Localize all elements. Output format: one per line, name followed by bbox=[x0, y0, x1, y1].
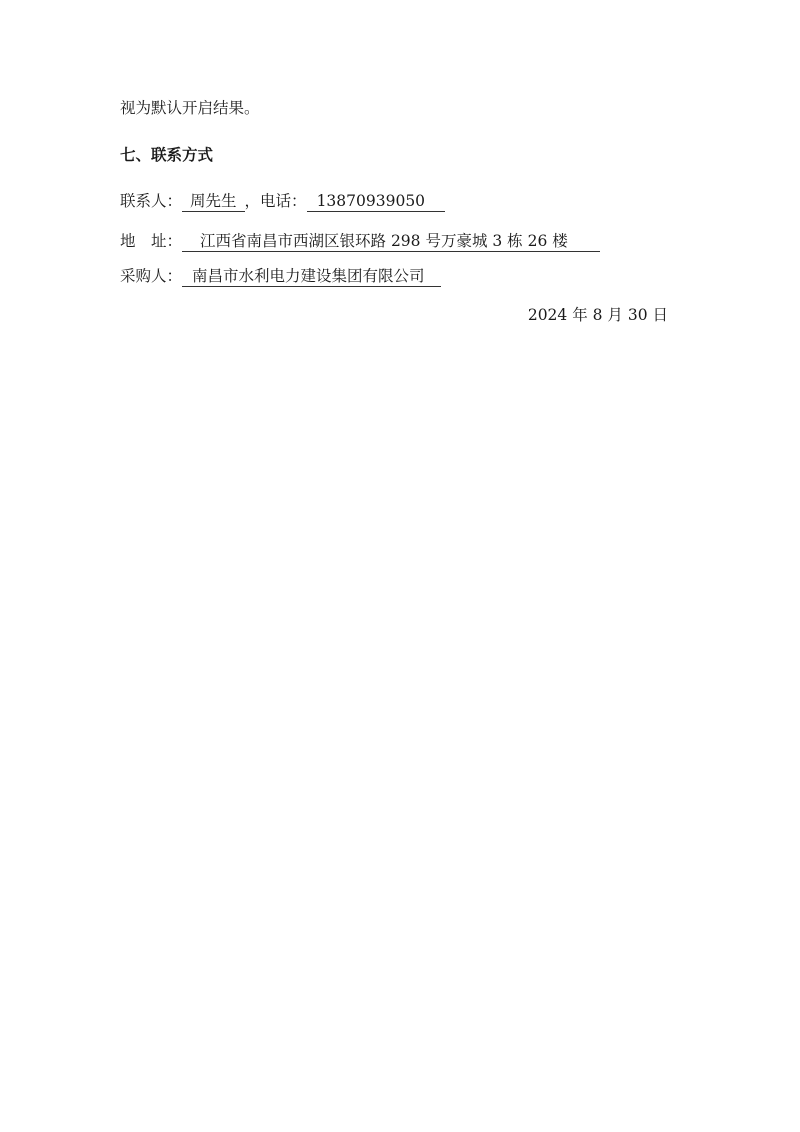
contact-separator: ， bbox=[245, 192, 261, 210]
continuation-text: 视为默认开启结果。 bbox=[120, 99, 260, 117]
address-label: 地 址： bbox=[120, 231, 182, 251]
phone-value: 13870939050 bbox=[307, 192, 445, 212]
phone-label: 电话： bbox=[260, 191, 307, 211]
address-line: 地 址：江西省南昌市西湖区银环路 298 号万豪城 3 栋 26 楼 bbox=[120, 231, 600, 252]
document-date: 2024 年 8 月 30 日 bbox=[528, 305, 668, 325]
contact-label: 联系人： bbox=[120, 191, 182, 211]
document-page: 视为默认开启结果。 七、联系方式 联系人：周先生，电话：13870939050 … bbox=[0, 0, 800, 1132]
continuation-paragraph: 视为默认开启结果。 bbox=[120, 98, 260, 118]
contact-line: 联系人：周先生，电话：13870939050 bbox=[120, 191, 445, 212]
purchaser-value: 南昌市水利电力建设集团有限公司 bbox=[182, 267, 441, 287]
purchaser-label: 采购人： bbox=[120, 266, 182, 286]
purchaser-line: 采购人：南昌市水利电力建设集团有限公司 bbox=[120, 266, 441, 287]
section-heading: 七、联系方式 bbox=[120, 145, 213, 165]
address-value: 江西省南昌市西湖区银环路 298 号万豪城 3 栋 26 楼 bbox=[182, 232, 600, 252]
contact-person-value: 周先生 bbox=[182, 192, 245, 212]
